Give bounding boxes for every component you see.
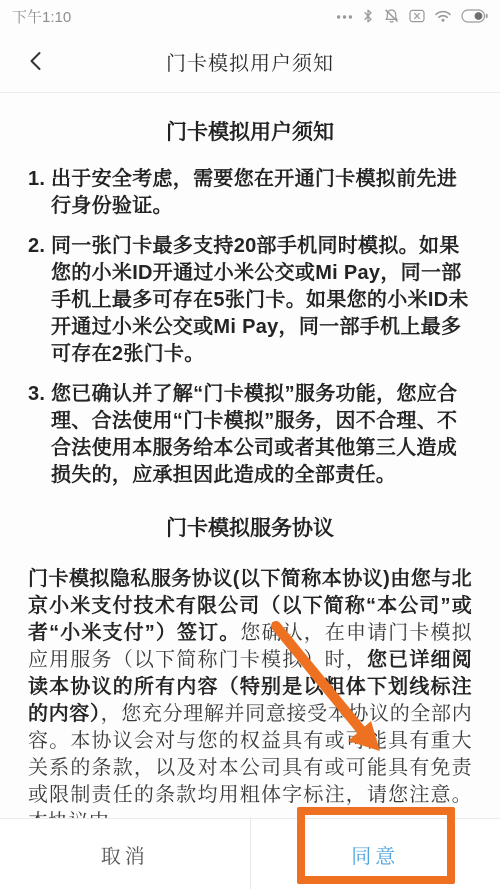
- status-icons: [336, 8, 488, 24]
- page-title: 门卡模拟用户须知: [0, 47, 500, 76]
- dialog-action-bar: 取消 同意: [0, 818, 500, 889]
- notice-list: 1. 出于安全考虑，需要您在开通门卡模拟前先进行身份验证。 2. 同一张门卡最多…: [28, 166, 472, 489]
- bluetooth-icon: [362, 8, 374, 24]
- status-bar: 下午1:10: [0, 0, 500, 30]
- phone-screen: 下午1:10: [0, 0, 500, 889]
- agree-button[interactable]: 同意: [251, 819, 500, 889]
- item-number: 1.: [28, 166, 51, 220]
- notice-heading: 门卡模拟用户须知: [28, 119, 472, 146]
- item-number: 3.: [28, 381, 51, 489]
- back-button[interactable]: [14, 30, 58, 92]
- agreement-paragraph: 门卡模拟隐私服务协议(以下简称本协议)由您与北京小米支付技术有限公司（以下简称“…: [28, 566, 472, 836]
- battery-icon: [461, 9, 488, 23]
- notice-item-3: 3. 您已确认并了解“门卡模拟”服务功能，您应合理、合法使用“门卡模拟”服务，因…: [28, 381, 472, 489]
- item-number: 2.: [28, 233, 51, 368]
- more-dots-icon: [336, 9, 353, 23]
- wifi-icon: [434, 9, 452, 23]
- mute-bell-icon: [383, 8, 400, 24]
- item-text: 您已确认并了解“门卡模拟”服务功能，您应合理、合法使用“门卡模拟”服务，因不合理…: [51, 381, 472, 489]
- status-time: 下午1:10: [12, 6, 71, 27]
- agreement-heading: 门卡模拟服务协议: [28, 515, 472, 542]
- cancel-button[interactable]: 取消: [0, 819, 250, 889]
- sim-missing-icon: [409, 9, 425, 23]
- nav-bar: 门卡模拟用户须知: [0, 30, 500, 93]
- notice-item-2: 2. 同一张门卡最多支持20部手机同时模拟。如果您的小米ID开通过小米公交或Mi…: [28, 233, 472, 368]
- notice-item-1: 1. 出于安全考虑，需要您在开通门卡模拟前先进行身份验证。: [28, 166, 472, 220]
- item-text: 出于安全考虑，需要您在开通门卡模拟前先进行身份验证。: [51, 166, 472, 220]
- notice-content[interactable]: 门卡模拟用户须知 1. 出于安全考虑，需要您在开通门卡模拟前先进行身份验证。 2…: [0, 119, 500, 836]
- back-chevron-icon: [27, 50, 45, 72]
- item-text: 同一张门卡最多支持20部手机同时模拟。如果您的小米ID开通过小米公交或Mi Pa…: [51, 233, 472, 368]
